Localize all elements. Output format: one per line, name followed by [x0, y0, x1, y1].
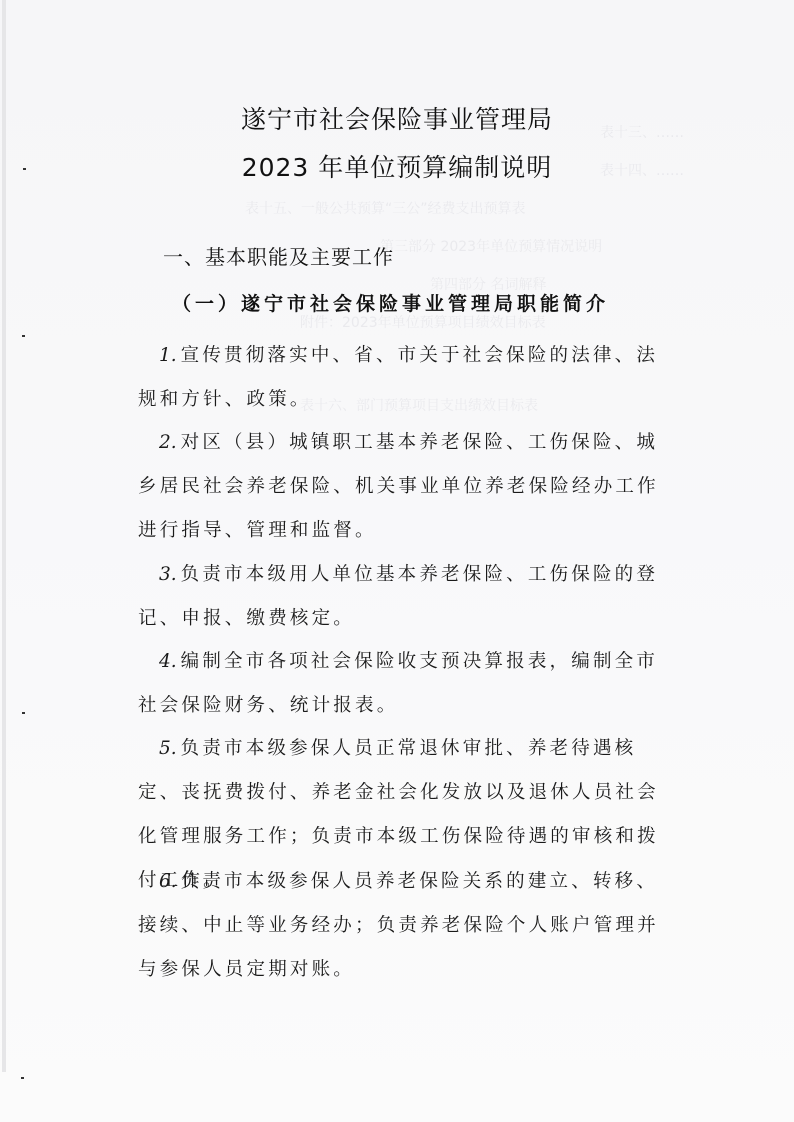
- duty-item-3: 3.负责市本级用人单位基本养老保险、工伤保险的登记、申报、缴费核定。: [138, 553, 666, 641]
- bleed-through-line: 第三部分 2023年单位预算情况说明: [380, 236, 602, 256]
- duty-item-2: 2.对区（县）城镇职工基本养老保险、工伤保险、城乡居民社会养老保险、机关事业单位…: [138, 421, 666, 553]
- document-title-line1: 遂宁市社会保险事业管理局: [0, 100, 794, 136]
- document-title-line2: 2023 年单位预算编制说明: [0, 148, 794, 184]
- item-number: 1.: [159, 345, 177, 366]
- scanned-page: 表十三、…… 表十四、…… 表十五、一般公共预算“三公”经费支出预算表 第三部分…: [0, 0, 794, 1122]
- scan-speck: [22, 335, 25, 337]
- duty-item-4: 4.编制全市各项社会保险收支预决算报表，编制全市社会保险财务、统计报表。: [138, 640, 666, 728]
- item-text: 对区（县）城镇职工基本养老保险、工伤保险、城乡居民社会养老保险、机关事业单位养老…: [138, 432, 659, 541]
- section-heading: 一、基本职能及主要工作: [163, 241, 394, 270]
- subsection-heading: （一）遂宁市社会保险事业管理局职能简介: [172, 289, 609, 316]
- item-number: 5.: [159, 738, 177, 759]
- bleed-through-line: 表十五、一般公共预算“三公”经费支出预算表: [245, 198, 526, 218]
- item-text: 负责市本级用人单位基本养老保险、工伤保险的登记、申报、缴费核定。: [138, 564, 658, 629]
- duty-item-6: 6.负责市本级参保人员养老保险关系的建立、转移、接续、中止等业务经办；负责养老保…: [138, 860, 666, 992]
- duty-item-1: 1.宣传贯彻落实中、省、市关于社会保险的法律、法规和方针、政策。: [138, 334, 666, 422]
- item-text: 宣传贯彻落实中、省、市关于社会保险的法律、法规和方针、政策。: [138, 345, 658, 410]
- item-number: 4.: [159, 651, 177, 672]
- scan-speck: [21, 1077, 24, 1079]
- item-number: 3.: [159, 564, 177, 585]
- scan-speck: [22, 712, 25, 714]
- item-text: 编制全市各项社会保险收支预决算报表，编制全市社会保险财务、统计报表。: [138, 651, 658, 716]
- item-text: 负责市本级参保人员养老保险关系的建立、转移、接续、中止等业务经办；负责养老保险个…: [138, 871, 659, 980]
- item-number: 6.: [159, 871, 177, 892]
- item-number: 2.: [159, 432, 177, 453]
